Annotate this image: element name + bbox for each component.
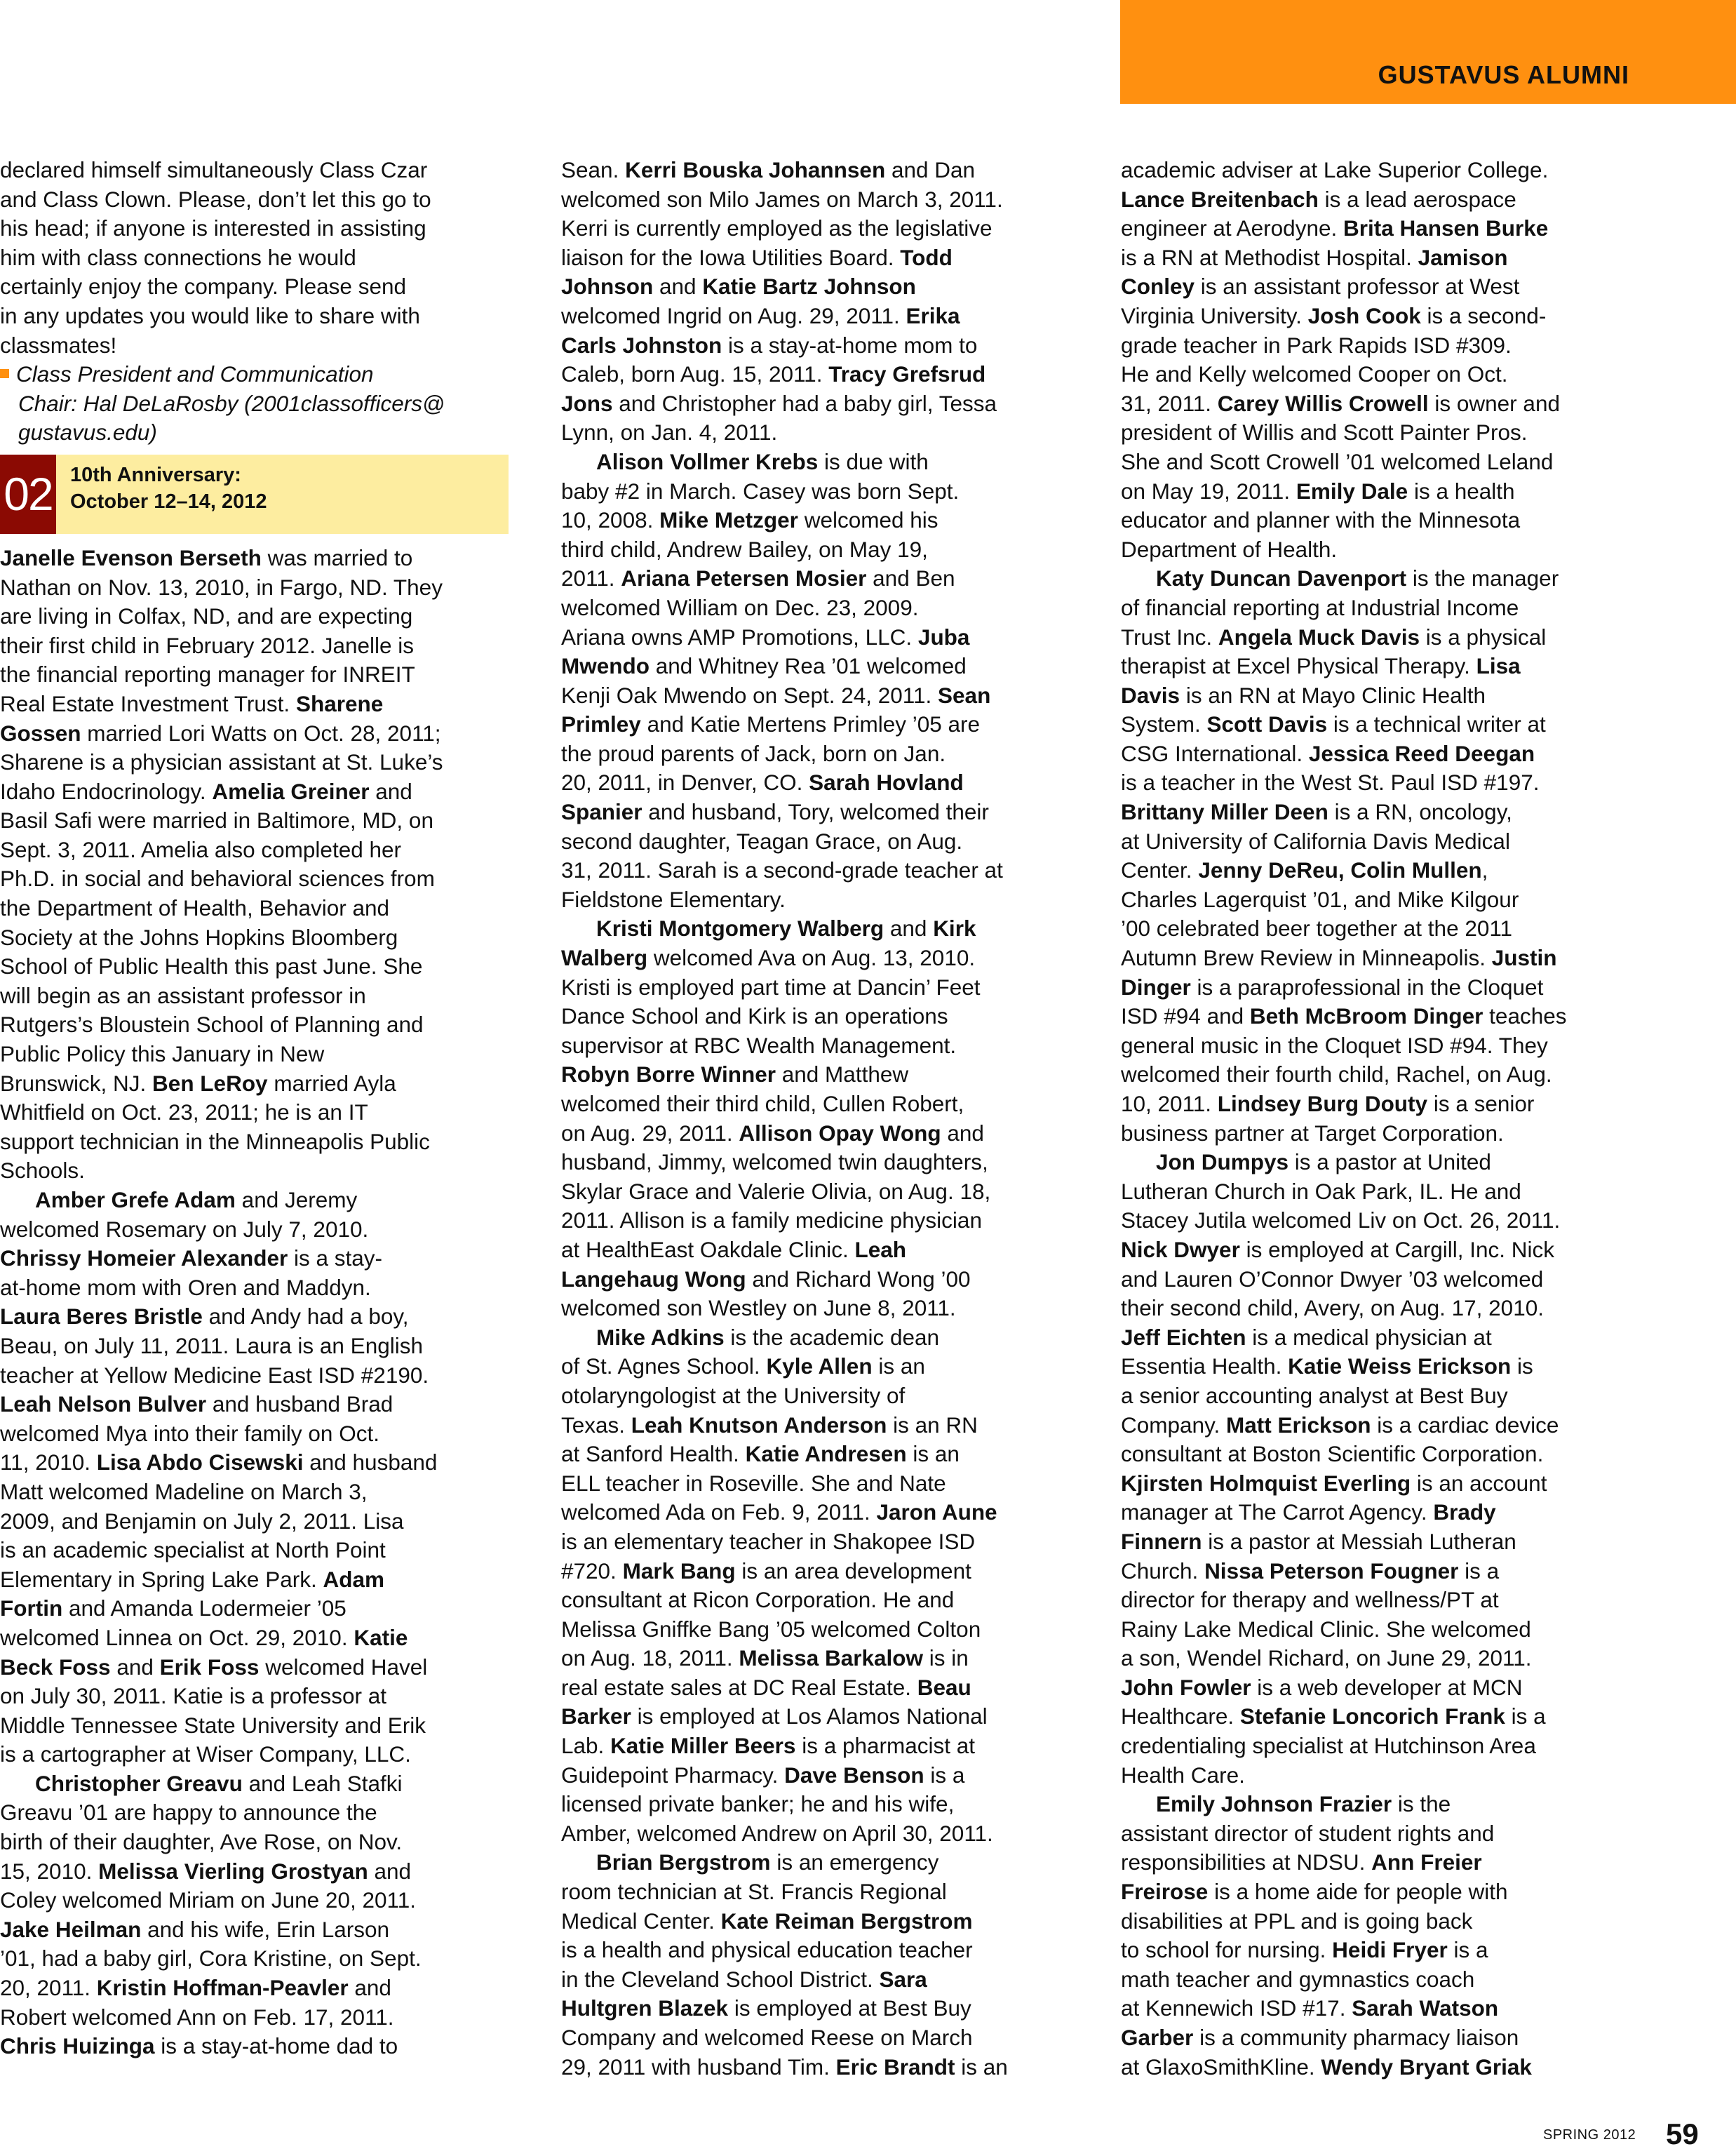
text-line: welcomed William on Dec. 23, 2009. bbox=[561, 594, 1077, 623]
text-run: are living in Colfax, ND, and are expect… bbox=[0, 603, 412, 629]
class-year-badge: 02 bbox=[0, 455, 56, 534]
text-run: assistant director of student rights and bbox=[1121, 1821, 1494, 1846]
text-line: Carls Johnston is a stay-at-home mom to bbox=[561, 331, 1077, 361]
text-line: Company and welcomed Reese on March bbox=[561, 2023, 1077, 2053]
text-line: 29, 2011 with husband Tim. Eric Brandt i… bbox=[561, 2053, 1077, 2082]
alumni-name: Barker bbox=[561, 1703, 631, 1729]
text-line: welcomed Rosemary on July 7, 2010. bbox=[0, 1215, 509, 1245]
text-line: Robert welcomed Ann on Feb. 17, 2011. bbox=[0, 2003, 509, 2033]
text-line: Church. Nissa Peterson Fougner is a bbox=[1121, 1557, 1640, 1586]
alumni-name: Jaron Aune bbox=[876, 1499, 997, 1525]
class-2001-notes-continued: declared himself simultaneously Class Cz… bbox=[0, 156, 509, 360]
text-line: at HealthEast Oakdale Clinic. Leah bbox=[561, 1236, 1077, 1265]
text-line: Beau, on July 11, 2011. Laura is an Engl… bbox=[0, 1332, 509, 1361]
text-run: ELL teacher in Roseville. She and Nate bbox=[561, 1471, 946, 1496]
alumni-name: Todd bbox=[900, 245, 953, 270]
alumni-name: Kjirsten Holmquist Everling bbox=[1121, 1471, 1411, 1496]
text-run: consultant at Ricon Corporation. He and bbox=[561, 1587, 954, 1612]
text-line: second daughter, Teagan Grace, on Aug. bbox=[561, 827, 1077, 857]
text-run: Health Care. bbox=[1121, 1762, 1245, 1788]
text-run: manager at The Carrot Agency. bbox=[1121, 1499, 1433, 1525]
text-run: is a technical writer at bbox=[1327, 711, 1546, 737]
text-run: Rutgers’s Bloustein School of Planning a… bbox=[0, 1012, 424, 1037]
alumni-name: Hultgren Blazek bbox=[561, 1995, 728, 2021]
text-run: ISD #94 and bbox=[1121, 1003, 1250, 1029]
text-line: liaison for the Iowa Utilities Board. To… bbox=[561, 243, 1077, 273]
text-line: Walberg welcomed Ava on Aug. 13, 2010. bbox=[561, 944, 1077, 973]
text-run: Society at the Johns Hopkins Bloomberg bbox=[0, 925, 398, 950]
alumni-name: Wendy Bryant Griak bbox=[1321, 2054, 1532, 2080]
text-line: therapist at Excel Physical Therapy. Lis… bbox=[1121, 652, 1640, 681]
text-run: room technician at St. Francis Regional bbox=[561, 1879, 947, 1904]
alumni-name: Beau bbox=[917, 1675, 971, 1700]
text-line: Barker is employed at Los Alamos Nationa… bbox=[561, 1702, 1077, 1732]
text-run: is an emergency bbox=[771, 1849, 939, 1875]
text-line: Department of Health. bbox=[1121, 535, 1640, 565]
alumni-name: Janelle Evenson Berseth bbox=[0, 545, 262, 570]
text-line: engineer at Aerodyne. Brita Hansen Burke bbox=[1121, 214, 1640, 243]
alumni-name: Brittany Miller Deen bbox=[1121, 799, 1328, 824]
alumni-name: Amber Grefe Adam bbox=[35, 1187, 236, 1212]
text-run: and Ben bbox=[866, 565, 955, 591]
text-run: is a bbox=[1458, 1558, 1499, 1583]
alumni-name: Gossen bbox=[0, 721, 81, 746]
text-line: Lance Breitenbach is a lead aerospace bbox=[1121, 185, 1640, 215]
text-run: and Matthew bbox=[776, 1062, 908, 1087]
text-run: the proud parents of Jack, born on Jan. bbox=[561, 741, 946, 766]
text-run: is a teacher in the West St. Paul ISD #1… bbox=[1121, 770, 1540, 795]
text-line: 11, 2010. Lisa Abdo Cisewski and husband bbox=[0, 1448, 509, 1478]
text-run: is a pastor at United bbox=[1288, 1149, 1491, 1174]
text-run: 2011. bbox=[561, 565, 621, 591]
text-line: Freirose is a home aide for people with bbox=[1121, 1877, 1640, 1907]
text-run: baby #2 in March. Casey was born Sept. bbox=[561, 478, 959, 504]
text-run: general music in the Cloquet ISD #94. Th… bbox=[1121, 1033, 1548, 1058]
text-run: support technician in the Minneapolis Pu… bbox=[0, 1129, 430, 1154]
text-run: on July 30, 2011. Katie is a professor a… bbox=[0, 1683, 386, 1708]
reunion-dates: October 12–14, 2012 bbox=[70, 488, 267, 515]
text-run: grade teacher in Park Rapids ISD #309. bbox=[1121, 333, 1512, 358]
text-run: Kristi is employed part time at Dancin’ … bbox=[561, 975, 981, 1000]
text-line: Lutheran Church in Oak Park, IL. He and bbox=[1121, 1177, 1640, 1207]
text-run: Lutheran Church in Oak Park, IL. He and bbox=[1121, 1179, 1521, 1204]
text-line: Robyn Borre Winner and Matthew bbox=[561, 1060, 1077, 1090]
text-line: teacher at Yellow Medicine East ISD #219… bbox=[0, 1361, 509, 1391]
text-line: Leah Nelson Bulver and husband Brad bbox=[0, 1390, 509, 1419]
text-line: Virginia University. Josh Cook is a seco… bbox=[1121, 302, 1640, 331]
text-line: Langehaug Wong and Richard Wong ’00 bbox=[561, 1265, 1077, 1294]
text-run: Healthcare. bbox=[1121, 1703, 1240, 1729]
text-line: ’01, had a baby girl, Cora Kristine, on … bbox=[0, 1944, 509, 1974]
text-line: on May 19, 2011. Emily Dale is a health bbox=[1121, 477, 1640, 507]
text-run: Dance School and Kirk is an operations bbox=[561, 1003, 948, 1029]
alumni-name: Sharene bbox=[296, 691, 383, 716]
text-run: Sean. bbox=[561, 157, 625, 182]
column-3: academic adviser at Lake Superior Colleg… bbox=[1121, 156, 1640, 2082]
text-line: the financial reporting manager for INRE… bbox=[0, 660, 509, 690]
alumni-name: Erika bbox=[906, 303, 960, 328]
alumni-name: Laura Beres Bristle bbox=[0, 1304, 203, 1329]
text-line: Ariana owns AMP Promotions, LLC. Juba bbox=[561, 623, 1077, 652]
text-run: welcomed Mya into their family on Oct. bbox=[0, 1421, 379, 1446]
text-line: are living in Colfax, ND, and are expect… bbox=[0, 602, 509, 631]
text-line: welcomed Ingrid on Aug. 29, 2011. Erika bbox=[561, 302, 1077, 331]
alumni-name: Katie Bartz Johnson bbox=[702, 274, 916, 299]
text-line: welcomed Ada on Feb. 9, 2011. Jaron Aune bbox=[561, 1498, 1077, 1527]
text-line: Laura Beres Bristle and Andy had a boy, bbox=[0, 1302, 509, 1332]
text-line: Society at the Johns Hopkins Bloomberg bbox=[0, 923, 509, 953]
text-line: Trust Inc. Angela Muck Davis is a physic… bbox=[1121, 623, 1640, 652]
alumni-name: Robyn Borre Winner bbox=[561, 1062, 776, 1087]
alumni-name: Lindsey Burg Douty bbox=[1218, 1091, 1427, 1116]
alumni-name: Ben LeRoy bbox=[152, 1071, 268, 1096]
text-run: on Aug. 18, 2011. bbox=[561, 1645, 739, 1670]
text-run: is a health and physical education teach… bbox=[561, 1937, 973, 1962]
text-run: welcomed Linnea on Oct. 29, 2010. bbox=[0, 1625, 354, 1650]
text-line: on July 30, 2011. Katie is a professor a… bbox=[0, 1682, 509, 1711]
alumni-name: Kirk bbox=[933, 916, 976, 941]
text-line: Elementary in Spring Lake Park. Adam bbox=[0, 1565, 509, 1595]
text-run: Lab. bbox=[561, 1733, 610, 1758]
text-run: at University of California Davis Medica… bbox=[1121, 829, 1510, 854]
text-line: on Aug. 18, 2011. Melissa Barkalow is in bbox=[561, 1644, 1077, 1673]
alumni-name: Finnern bbox=[1121, 1529, 1202, 1554]
alumni-name: Ariana Petersen Mosier bbox=[621, 565, 866, 591]
text-run: Robert welcomed Ann on Feb. 17, 2011. bbox=[0, 2004, 394, 2030]
text-run: welcomed their fourth child, Rachel, on … bbox=[1121, 1062, 1552, 1087]
text-run: his head; if anyone is interested in ass… bbox=[0, 215, 426, 241]
text-run: Brunswick, NJ. bbox=[0, 1071, 152, 1096]
alumni-name: Jeff Eichten bbox=[1121, 1325, 1246, 1350]
text-line: Nick Dwyer is employed at Cargill, Inc. … bbox=[1121, 1236, 1640, 1265]
text-line: consultant at Boston Scientific Corporat… bbox=[1121, 1440, 1640, 1469]
text-run: welcomed Ada on Feb. 9, 2011. bbox=[561, 1499, 876, 1525]
text-run: is a bbox=[924, 1762, 965, 1788]
alumni-name: Kate Reiman Bergstrom bbox=[721, 1908, 973, 1934]
officer-note-text: gustavus.edu) bbox=[18, 420, 157, 445]
text-run: at GlaxoSmithKline. bbox=[1121, 2054, 1321, 2080]
text-run: Kenji Oak Mwendo on Sept. 24, 2011. bbox=[561, 683, 938, 708]
text-run: Essentia Health. bbox=[1121, 1353, 1288, 1379]
alumni-name: Nissa Peterson Fougner bbox=[1204, 1558, 1458, 1583]
text-line: on Aug. 29, 2011. Allison Opay Wong and bbox=[561, 1119, 1077, 1149]
text-run: is an RN at Mayo Clinic Health bbox=[1180, 683, 1486, 708]
text-run: and husband, Tory, welcomed their bbox=[642, 799, 989, 824]
class-officer-note: Class President and CommunicationChair: … bbox=[0, 360, 509, 448]
text-run: Basil Safi were married in Baltimore, MD… bbox=[0, 808, 433, 833]
alumni-name: Nick Dwyer bbox=[1121, 1237, 1240, 1262]
text-run: director for therapy and wellness/PT at bbox=[1121, 1587, 1499, 1612]
text-line: 20, 2011, in Denver, CO. Sarah Hovland bbox=[561, 768, 1077, 798]
issue-label: SPRING 2012 bbox=[1543, 2127, 1636, 2143]
text-line: is a teacher in the West St. Paul ISD #1… bbox=[1121, 768, 1640, 798]
text-run: consultant at Boston Scientific Corporat… bbox=[1121, 1441, 1543, 1466]
text-run: Greavu ’01 are happy to announce the bbox=[0, 1800, 377, 1825]
text-run: Ph.D. in social and behavioral sciences … bbox=[0, 866, 435, 891]
text-line: 31, 2011. Sarah is a second-grade teache… bbox=[561, 856, 1077, 885]
text-run: and husband Brad bbox=[206, 1391, 393, 1417]
alumni-name: Heidi Fryer bbox=[1332, 1937, 1448, 1962]
text-run: and Lauren O’Connor Dwyer ’03 welcomed bbox=[1121, 1266, 1543, 1292]
text-run: is bbox=[1511, 1353, 1533, 1379]
text-line: Gossen married Lori Watts on Oct. 28, 20… bbox=[0, 719, 509, 749]
text-line: Coley welcomed Miriam on June 20, 2011. bbox=[0, 1886, 509, 1915]
text-run: in any updates you would like to share w… bbox=[0, 303, 420, 328]
text-run: ’01, had a baby girl, Cora Kristine, on … bbox=[0, 1946, 422, 1971]
officer-note-line: Class President and Communication bbox=[0, 360, 509, 389]
text-run: is a second- bbox=[1421, 303, 1547, 328]
text-line: Finnern is a pastor at Messiah Lutheran bbox=[1121, 1527, 1640, 1557]
text-line: welcomed their fourth child, Rachel, on … bbox=[1121, 1060, 1640, 1090]
text-line: business partner at Target Corporation. bbox=[1121, 1119, 1640, 1149]
text-run: 11, 2010. bbox=[0, 1449, 97, 1475]
text-run: birth of their daughter, Ave Rose, on No… bbox=[0, 1829, 402, 1854]
text-run: business partner at Target Corporation. bbox=[1121, 1120, 1504, 1146]
text-line: in any updates you would like to share w… bbox=[0, 302, 509, 331]
text-run: and Jeremy bbox=[236, 1187, 357, 1212]
alumni-name: Katie Andresen bbox=[746, 1441, 907, 1466]
text-run: math teacher and gymnastics coach bbox=[1121, 1967, 1474, 1992]
text-line: baby #2 in March. Casey was born Sept. bbox=[561, 477, 1077, 507]
text-line: of financial reporting at Industrial Inc… bbox=[1121, 594, 1640, 623]
text-run: 31, 2011. bbox=[1121, 391, 1218, 416]
text-line: at-home mom with Oren and Maddyn. bbox=[0, 1273, 509, 1303]
text-line: third child, Andrew Bailey, on May 19, bbox=[561, 535, 1077, 565]
text-run: Schools. bbox=[0, 1158, 85, 1183]
text-run: welcomed their third child, Cullen Rober… bbox=[561, 1091, 964, 1116]
text-run: and bbox=[369, 779, 412, 804]
text-line: Chris Huizinga is a stay-at-home dad to bbox=[0, 2032, 509, 2061]
text-line: welcomed son Milo James on March 3, 2011… bbox=[561, 185, 1077, 215]
alumni-name: Eric Brandt bbox=[836, 2054, 955, 2080]
text-line: declared himself simultaneously Class Cz… bbox=[0, 156, 509, 185]
text-line: 2009, and Benjamin on July 2, 2011. Lisa bbox=[0, 1507, 509, 1536]
text-run: and Class Clown. Please, don’t let this … bbox=[0, 187, 431, 212]
text-line: to school for nursing. Heidi Fryer is a bbox=[1121, 1936, 1640, 1965]
text-run: is an account bbox=[1411, 1471, 1547, 1496]
alumni-name: Tracy Grefsrud bbox=[828, 361, 985, 387]
alumni-name: Dave Benson bbox=[784, 1762, 924, 1788]
section-banner: GUSTAVUS ALUMNI bbox=[1120, 0, 1736, 104]
text-line: Hultgren Blazek is employed at Best Buy bbox=[561, 1994, 1077, 2023]
alumni-name: Adam bbox=[323, 1567, 384, 1592]
alumni-name: Lisa Abdo Cisewski bbox=[97, 1449, 304, 1475]
text-line: director for therapy and wellness/PT at bbox=[1121, 1586, 1640, 1615]
text-run: is owner and bbox=[1429, 391, 1560, 416]
text-run: 10, 2008. bbox=[561, 507, 659, 533]
text-run: is a web developer at MCN bbox=[1251, 1675, 1523, 1700]
text-run: System. bbox=[1121, 711, 1207, 737]
text-run: classmates! bbox=[0, 333, 116, 358]
alumni-name: Johnson bbox=[561, 274, 653, 299]
text-run: is a paraprofessional in the Cloquet bbox=[1191, 975, 1544, 1000]
text-run: Rainy Lake Medical Clinic. She welcomed bbox=[1121, 1616, 1531, 1642]
text-line: #720. Mark Bang is an area development bbox=[561, 1557, 1077, 1586]
text-line: Nathan on Nov. 13, 2010, in Fargo, ND. T… bbox=[0, 573, 509, 603]
text-line: of St. Agnes School. Kyle Allen is an bbox=[561, 1352, 1077, 1381]
text-line: a son, Wendel Richard, on June 29, 2011. bbox=[1121, 1644, 1640, 1673]
text-run: Idaho Endocrinology. bbox=[0, 779, 212, 804]
text-run: Caleb, born Aug. 15, 2011. bbox=[561, 361, 828, 387]
text-run: Medical Center. bbox=[561, 1908, 721, 1934]
text-line: John Fowler is a web developer at MCN bbox=[1121, 1673, 1640, 1703]
text-line: Christopher Greavu and Leah Stafki bbox=[0, 1769, 509, 1799]
text-line: Sharene is a physician assistant at St. … bbox=[0, 748, 509, 777]
text-run: and bbox=[884, 916, 933, 941]
reunion-info: 10th Anniversary: October 12–14, 2012 bbox=[70, 462, 267, 515]
text-line: husband, Jimmy, welcomed twin daughters, bbox=[561, 1148, 1077, 1177]
text-run: welcomed son Westley on June 8, 2011. bbox=[561, 1295, 956, 1320]
text-line: Mike Adkins is the academic dean bbox=[561, 1323, 1077, 1353]
text-line: Matt welcomed Madeline on March 3, bbox=[0, 1478, 509, 1507]
alumni-name: Sean bbox=[938, 683, 990, 708]
text-line: president of Willis and Scott Painter Pr… bbox=[1121, 418, 1640, 448]
text-line: is a health and physical education teach… bbox=[561, 1936, 1077, 1965]
alumni-name: Emily Dale bbox=[1296, 478, 1408, 504]
text-line: is a cartographer at Wiser Company, LLC. bbox=[0, 1740, 509, 1769]
text-run: and Amanda Lodermeier ’05 bbox=[62, 1595, 346, 1621]
text-line: Kenji Oak Mwendo on Sept. 24, 2011. Sean bbox=[561, 681, 1077, 711]
text-line: ELL teacher in Roseville. She and Nate bbox=[561, 1469, 1077, 1499]
alumni-name: Kristin Hoffman-Peavler bbox=[97, 1975, 349, 2000]
alumni-name: Walberg bbox=[561, 945, 647, 970]
alumni-name: Mike Metzger bbox=[659, 507, 798, 533]
alumni-name: Sarah Hovland bbox=[809, 770, 964, 795]
alumni-name: Davis bbox=[1121, 683, 1180, 708]
text-line: Lab. Katie Miller Beers is a pharmacist … bbox=[561, 1732, 1077, 1761]
text-run: , bbox=[1482, 857, 1488, 883]
text-run: academic adviser at Lake Superior Colleg… bbox=[1121, 157, 1548, 182]
alumni-name: Kyle Allen bbox=[766, 1353, 872, 1379]
text-run: Whitfield on Oct. 23, 2011; he is an IT bbox=[0, 1099, 368, 1125]
alumni-name: Emily Johnson Frazier bbox=[1156, 1791, 1392, 1816]
alumni-name: Mark Bang bbox=[623, 1558, 736, 1583]
text-line: Melissa Gniffke Bang ’05 welcomed Colton bbox=[561, 1615, 1077, 1645]
alumni-name: Dinger bbox=[1121, 975, 1191, 1000]
text-run: welcomed Rosemary on July 7, 2010. bbox=[0, 1217, 368, 1242]
alumni-name: Sarah Watson bbox=[1352, 1995, 1498, 2021]
alumni-name: Fortin bbox=[0, 1595, 62, 1621]
text-run: and Leah Stafki bbox=[243, 1771, 403, 1796]
alumni-name: Chrissy Homeier Alexander bbox=[0, 1245, 288, 1271]
alumni-name: Sara bbox=[879, 1967, 927, 1992]
text-line: 10, 2008. Mike Metzger welcomed his bbox=[561, 506, 1077, 535]
alumni-name: Angela Muck Davis bbox=[1218, 624, 1420, 650]
text-run: Company. bbox=[1121, 1412, 1226, 1438]
text-run: him with class connections he would bbox=[0, 245, 356, 270]
text-run: School of Public Health this past June. … bbox=[0, 953, 422, 979]
class-2002-header: 02 10th Anniversary: October 12–14, 2012 bbox=[0, 455, 509, 534]
text-run: is the academic dean bbox=[725, 1325, 939, 1350]
text-line: Kjirsten Holmquist Everling is an accoun… bbox=[1121, 1469, 1640, 1499]
alumni-name: Brian Bergstrom bbox=[596, 1849, 771, 1875]
text-run: Guidepoint Pharmacy. bbox=[561, 1762, 784, 1788]
text-run: is employed at Los Alamos National bbox=[631, 1703, 988, 1729]
text-run: Church. bbox=[1121, 1558, 1204, 1583]
text-run: is employed at Best Buy bbox=[728, 1995, 971, 2021]
alumni-name: Jamison bbox=[1418, 245, 1508, 270]
alumni-name: Allison Opay Wong bbox=[739, 1120, 941, 1146]
text-run: of St. Agnes School. bbox=[561, 1353, 766, 1379]
text-line: 2011. Allison is a family medicine physi… bbox=[561, 1206, 1077, 1236]
text-run: to school for nursing. bbox=[1121, 1937, 1332, 1962]
text-run: is a health bbox=[1408, 478, 1514, 504]
text-line: 10, 2011. Lindsey Burg Douty is a senior bbox=[1121, 1090, 1640, 1119]
text-line: academic adviser at Lake Superior Colleg… bbox=[1121, 156, 1640, 185]
orange-square-bullet-icon bbox=[0, 369, 9, 378]
text-line: System. Scott Davis is a technical write… bbox=[1121, 710, 1640, 739]
text-run: Public Policy this January in New bbox=[0, 1041, 324, 1066]
alumni-name: Beth McBroom Dinger bbox=[1250, 1003, 1483, 1029]
text-line: the proud parents of Jack, born on Jan. bbox=[561, 739, 1077, 769]
text-run: and husband bbox=[303, 1449, 437, 1475]
text-line: ISD #94 and Beth McBroom Dinger teaches bbox=[1121, 1002, 1640, 1031]
text-run: and bbox=[653, 274, 702, 299]
text-run: is a bbox=[1448, 1937, 1488, 1962]
text-run: credentialing specialist at Hutchinson A… bbox=[1121, 1733, 1536, 1758]
text-run: He and Kelly welcomed Cooper on Oct. bbox=[1121, 361, 1508, 387]
text-line: him with class connections he would bbox=[0, 243, 509, 273]
text-run: 31, 2011. Sarah is a second-grade teache… bbox=[561, 857, 1003, 883]
text-run: real estate sales at DC Real Estate. bbox=[561, 1675, 917, 1700]
alumni-name: Jenny DeReu, Colin Mullen bbox=[1198, 857, 1481, 883]
text-run: is a pastor at Messiah Lutheran bbox=[1202, 1529, 1516, 1554]
text-run: 29, 2011 with husband Tim. bbox=[561, 2054, 836, 2080]
class-2002-notes: Janelle Evenson Berseth was married toNa… bbox=[0, 544, 509, 2061]
reunion-anniversary: 10th Anniversary: bbox=[70, 462, 267, 488]
text-run: is a bbox=[1505, 1703, 1546, 1729]
text-run: is an elementary teacher in Shakopee ISD bbox=[561, 1529, 975, 1554]
text-run: engineer at Aerodyne. bbox=[1121, 215, 1343, 241]
text-run: Center. bbox=[1121, 857, 1198, 883]
text-line: responsibilities at NDSU. Ann Freier bbox=[1121, 1848, 1640, 1877]
text-run: is a cartographer at Wiser Company, LLC. bbox=[0, 1741, 411, 1767]
text-line: Skylar Grace and Valerie Olivia, on Aug.… bbox=[561, 1177, 1077, 1207]
text-line: is a RN at Methodist Hospital. Jamison bbox=[1121, 243, 1640, 273]
text-line: Schools. bbox=[0, 1156, 509, 1186]
text-line: Sean. Kerri Bouska Johannsen and Dan bbox=[561, 156, 1077, 185]
text-run: Virginia University. bbox=[1121, 303, 1308, 328]
text-line: assistant director of student rights and bbox=[1121, 1819, 1640, 1849]
text-run: welcomed his bbox=[798, 507, 938, 533]
text-line: Amber Grefe Adam and Jeremy bbox=[0, 1186, 509, 1215]
alumni-name: Kerri Bouska Johannsen bbox=[625, 157, 885, 182]
text-run: Coley welcomed Miriam on June 20, 2011. bbox=[0, 1887, 416, 1913]
text-line: support technician in the Minneapolis Pu… bbox=[0, 1127, 509, 1157]
text-run: and Dan bbox=[885, 157, 975, 182]
text-line: at Kennewich ISD #17. Sarah Watson bbox=[1121, 1994, 1640, 2023]
text-line: birth of their daughter, Ave Rose, on No… bbox=[0, 1828, 509, 1857]
alumni-name: Jake Heilman bbox=[0, 1917, 141, 1942]
text-line: classmates! bbox=[0, 331, 509, 361]
text-line: Jons and Christopher had a baby girl, Te… bbox=[561, 389, 1077, 419]
text-run: supervisor at RBC Wealth Management. bbox=[561, 1033, 956, 1058]
text-run: is the manager bbox=[1406, 565, 1559, 591]
text-run: Sharene is a physician assistant at St. … bbox=[0, 749, 443, 775]
text-run: on Aug. 29, 2011. bbox=[561, 1120, 739, 1146]
alumni-name: Garber bbox=[1121, 2025, 1193, 2050]
text-run: is a senior bbox=[1427, 1091, 1534, 1116]
text-run: 2009, and Benjamin on July 2, 2011. Lisa bbox=[0, 1508, 404, 1534]
officer-note-text: Class President and Communication bbox=[16, 361, 374, 387]
text-line: Davis is an RN at Mayo Clinic Health bbox=[1121, 681, 1640, 711]
text-line: educator and planner with the Minnesota bbox=[1121, 506, 1640, 535]
text-line: Emily Johnson Frazier is the bbox=[1121, 1790, 1640, 1819]
text-line: Brunswick, NJ. Ben LeRoy married Ayla bbox=[0, 1069, 509, 1099]
text-run: and bbox=[349, 1975, 391, 2000]
text-line: Amber, welcomed Andrew on April 30, 2011… bbox=[561, 1819, 1077, 1849]
text-line: Greavu ’01 are happy to announce the bbox=[0, 1798, 509, 1828]
